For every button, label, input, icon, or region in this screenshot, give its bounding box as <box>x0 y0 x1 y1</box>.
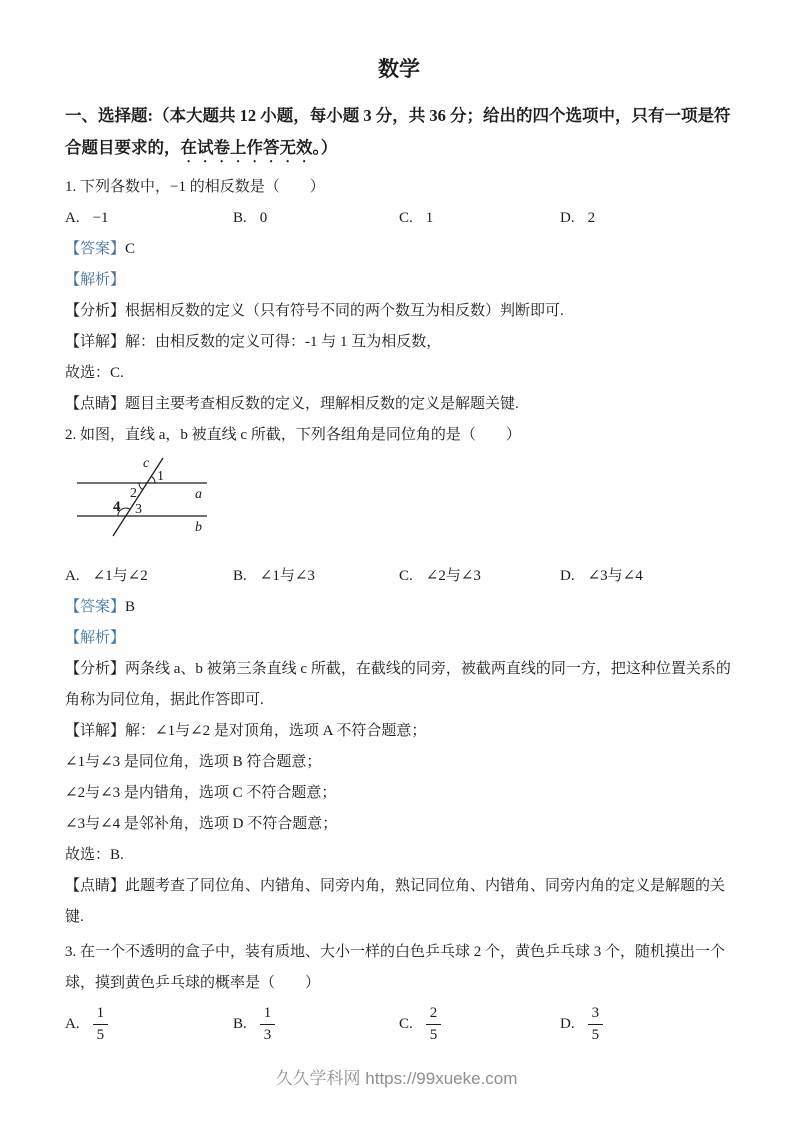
fraction-numerator: 1 <box>260 1004 276 1025</box>
q3-option-c-fraction: 25 <box>426 1004 442 1045</box>
q2-option-a-label: A. <box>65 561 80 592</box>
q2-option-d-text: ∠3与∠4 <box>588 568 643 584</box>
q1-option-d-label: D. <box>560 203 575 234</box>
q1-answer-line: 【答案】C <box>65 234 733 265</box>
q3-option-d-fraction: 35 <box>588 1004 604 1045</box>
q1-option-b: B.0 <box>233 203 399 234</box>
q2-option-b: B.∠1与∠3 <box>233 561 399 592</box>
document-content: 数学 一、选择题:（本大题共 12 小题，每小题 3 分，共 36 分；给出的四… <box>0 0 793 1047</box>
q1-analysis-tag: 【解析】 <box>65 272 125 288</box>
q2-option-a: A.∠1与∠2 <box>65 561 233 592</box>
q1-detail: 【详解】解：由相反数的定义可得：-1 与 1 互为相反数， <box>65 327 733 358</box>
q3-option-d-label: D. <box>560 1009 575 1040</box>
q1-analysis: 【分析】根据相反数的定义（只有符号不同的两个数互为相反数）判断即可. <box>65 296 733 327</box>
q1-option-b-label: B. <box>233 203 247 234</box>
q2-answer-value: B <box>125 599 135 615</box>
q2-analysis-tag: 【解析】 <box>65 630 125 646</box>
q1-note: 【点睛】题目主要考查相反数的定义，理解相反数的定义是解题关键. <box>65 389 733 420</box>
fraction-numerator: 1 <box>93 1004 109 1025</box>
figure-transversal-c <box>113 458 163 536</box>
q2-option-a-text: ∠1与∠2 <box>93 568 148 584</box>
section-heading: 一、选择题:（本大题共 12 小题，每小题 3 分，共 36 分；给出的四个选项… <box>65 100 733 166</box>
q2-option-c: C.∠2与∠3 <box>399 561 560 592</box>
figure-label-angle3: 3 <box>135 502 142 517</box>
q3-option-a-label: A. <box>65 1009 80 1040</box>
q2-option-b-label: B. <box>233 561 247 592</box>
figure-label-b: b <box>195 520 202 535</box>
exam-document-page: 数学 一、选择题:（本大题共 12 小题，每小题 3 分，共 36 分；给出的四… <box>0 0 793 1122</box>
q2-stem: 2. 如图，直线 a，b 被直线 c 所截，下列各组角是同位角的是（ ） <box>65 420 733 451</box>
q1-stem: 1. 下列各数中，−1 的相反数是（ ） <box>65 172 733 203</box>
q2-answer-line: 【答案】B <box>65 592 733 623</box>
q2-option-d: D.∠3与∠4 <box>560 561 733 592</box>
q2-options-row: A.∠1与∠2 B.∠1与∠3 C.∠2与∠3 D.∠3与∠4 <box>65 561 733 592</box>
section-heading-post: 。） <box>313 138 338 157</box>
q1-conclusion: 故选：C. <box>65 358 733 389</box>
q1-option-d-text: 2 <box>588 210 596 226</box>
q2-answer-tag: 【答案】 <box>65 599 125 615</box>
figure-label-c: c <box>143 456 150 471</box>
q2-option-c-label: C. <box>399 561 413 592</box>
q1-option-c: C.1 <box>399 203 560 234</box>
q2-figure: c a b 1 2 4 3 <box>67 455 733 553</box>
q3-option-a: A.15 <box>65 1001 233 1047</box>
q2-note: 【点睛】此题考查了同位角、内错角、同旁内角，熟记同位角、内错角、同旁内角的定义是… <box>65 871 733 933</box>
fraction-denominator: 5 <box>588 1025 604 1045</box>
q1-option-a-text: −1 <box>93 210 109 226</box>
page-title: 数学 <box>65 52 733 86</box>
section-heading-emphasis: 在试卷上作答无效 <box>181 138 313 157</box>
fraction-numerator: 2 <box>426 1004 442 1025</box>
q1-option-d: D.2 <box>560 203 733 234</box>
watermark-footer: 久久学科网 https://99xueke.com <box>0 1066 793 1092</box>
figure-label-angle1: 1 <box>157 469 164 484</box>
q2-option-c-text: ∠2与∠3 <box>426 568 481 584</box>
q2-conclusion: 故选：B. <box>65 840 733 871</box>
q2-option-d-label: D. <box>560 561 575 592</box>
q1-analysis-tag-line: 【解析】 <box>65 265 733 296</box>
q2-detail-3: ∠2与∠3 是内错角，选项 C 不符合题意； <box>65 778 733 809</box>
fraction-numerator: 3 <box>588 1004 604 1025</box>
q3-option-a-fraction: 15 <box>93 1004 109 1045</box>
figure-angle2-arc <box>139 483 143 490</box>
q2-detail-1: 【详解】解：∠1与∠2 是对顶角，选项 A 不符合题意； <box>65 716 733 747</box>
fraction-denominator: 5 <box>426 1025 442 1045</box>
q3-option-b: B.13 <box>233 1001 399 1047</box>
q3-stem: 3. 在一个不透明的盒子中，装有质地、大小一样的白色乒乓球 2 个，黄色乒乓球 … <box>65 937 733 999</box>
q3-option-c-label: C. <box>399 1009 413 1040</box>
q2-detail-2: ∠1与∠3 是同位角，选项 B 符合题意； <box>65 747 733 778</box>
section-heading-pre: 一、选择题:（本大题共 12 小题，每小题 3 分，共 36 分；给出的四个选项… <box>65 106 731 157</box>
figure-label-a: a <box>195 487 202 502</box>
q3-options-row: A.15 B.13 C.25 D.35 <box>65 1001 733 1047</box>
q2-analysis-tag-line: 【解析】 <box>65 623 733 654</box>
q1-options-row: A.−1 B.0 C.1 D.2 <box>65 203 733 234</box>
q2-parallel-lines-figure: c a b 1 2 4 3 <box>67 455 217 553</box>
q3-option-c: C.25 <box>399 1001 560 1047</box>
q1-answer-tag: 【答案】 <box>65 241 125 257</box>
q3-option-b-fraction: 13 <box>260 1004 276 1045</box>
q2-option-b-text: ∠1与∠3 <box>260 568 315 584</box>
q1-option-a-label: A. <box>65 203 80 234</box>
q3-option-b-label: B. <box>233 1009 247 1040</box>
q2-detail-4: ∠3与∠4 是邻补角，选项 D 不符合题意； <box>65 809 733 840</box>
figure-label-angle4: 4 <box>113 499 121 515</box>
fraction-denominator: 3 <box>260 1025 276 1045</box>
q1-option-a: A.−1 <box>65 203 233 234</box>
q2-analysis: 【分析】两条线 a、b 被第三条直线 c 所截，在截线的同旁，被截两直线的同一方… <box>65 654 733 716</box>
q1-option-b-text: 0 <box>260 210 268 226</box>
figure-label-angle2: 2 <box>130 486 137 501</box>
q1-option-c-text: 1 <box>426 210 434 226</box>
q3-option-d: D.35 <box>560 1001 733 1047</box>
q1-option-c-label: C. <box>399 203 413 234</box>
q1-answer-value: C <box>125 241 135 257</box>
fraction-denominator: 5 <box>93 1025 109 1045</box>
figure-angle1-arc <box>151 476 155 483</box>
